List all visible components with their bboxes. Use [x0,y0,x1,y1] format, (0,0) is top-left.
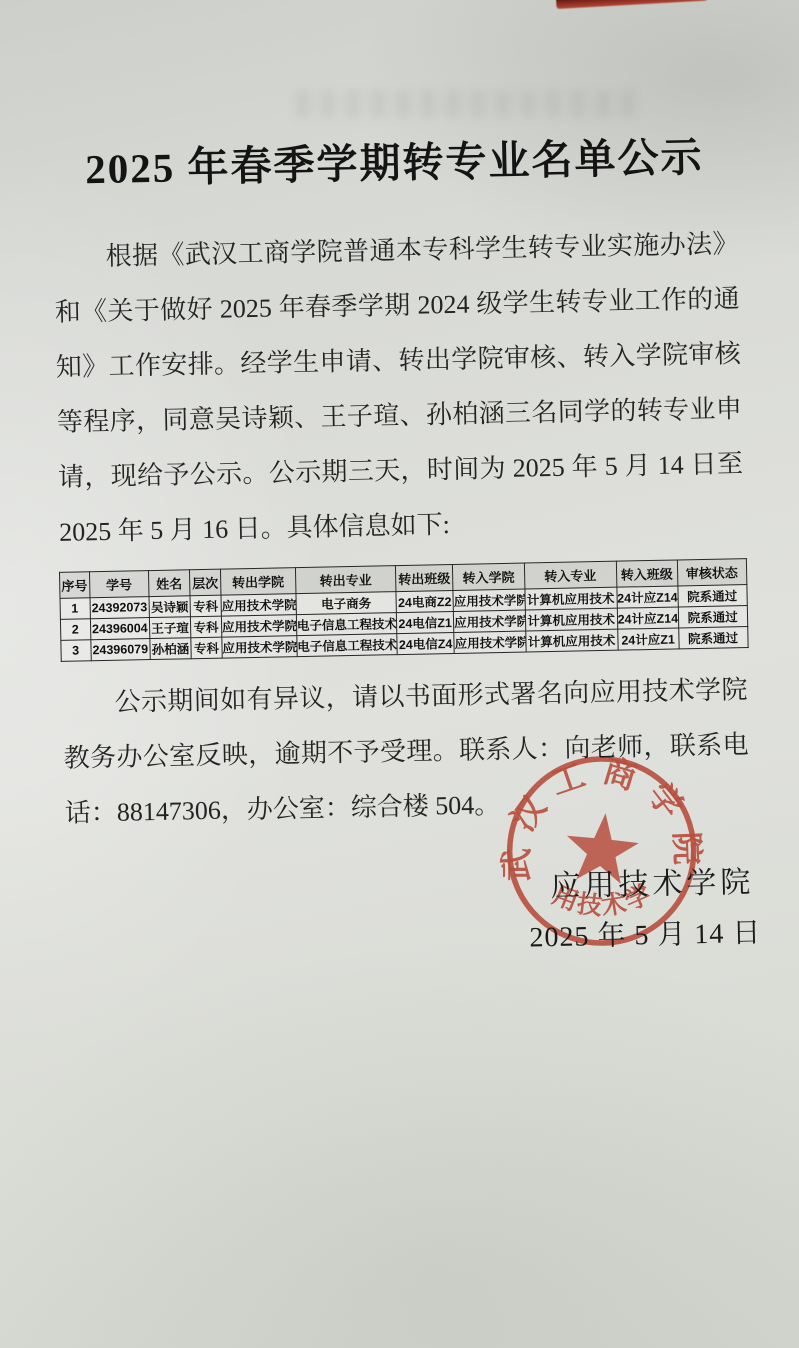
table-cell: 24计应Z14 [617,607,679,629]
table-cell: 王子瑄 [149,617,191,639]
table-cell: 应用技术学院 [453,589,525,611]
table-header-cell: 姓名 [148,570,190,597]
table-cell: 24计应Z1 [617,628,679,650]
table-cell: 孙柏涵 [150,638,192,660]
table-cell: 院系通过 [678,627,747,649]
table-header-cell: 转出班级 [396,564,454,591]
table-cell: 24392073 [90,597,149,619]
table-header-cell: 转入专业 [524,561,617,589]
table-header-cell: 转出专业 [295,566,396,594]
transfer-students-table: 序号学号姓名层次转出学院转出专业转出班级转入学院转入专业转入班级审核状态 124… [58,558,748,662]
document-page: 2025 年春季学期转专业名单公示 根据《武汉工商学院普通本专科学生转专业实施办… [0,0,799,1348]
table-cell: 24电信Z1 [396,611,453,633]
table-cell: 专科 [190,595,221,617]
table-cell: 专科 [191,637,222,659]
table-cell: 24计应Z14 [616,586,678,608]
signature-department: 应用技术学院 [550,857,755,905]
table-cell: 24电商Z2 [396,590,453,612]
signature-date: 2025 年 5 月 14 日 [529,911,762,956]
table-cell: 计算机应用技术 [524,587,616,610]
table-cell: 24电信Z4 [397,632,454,654]
table-cell: 计算机应用技术 [525,629,617,652]
table-cell: 院系通过 [678,585,747,607]
table-body: 124392073吴诗颖专科应用技术学院电子商务24电商Z2应用技术学院计算机应… [60,585,748,662]
table-cell: 应用技术学院 [453,610,525,632]
table-cell: 应用技术学院 [221,615,296,637]
table-header-cell: 转入学院 [453,563,525,590]
body-paragraph-1: 根据《武汉工商学院普通本专科学生转专业实施办法》 和《关于做好 2025 年春季… [53,216,744,560]
table-header-cell: 转入班级 [616,560,678,587]
page-title: 2025 年春季学期转专业名单公示 [49,123,739,196]
table-header-cell: 学号 [89,571,149,598]
table-cell: 应用技术学院 [221,594,296,616]
table-header-cell: 序号 [59,572,90,599]
table-cell: 院系通过 [678,606,747,628]
table-header-cell: 审核状态 [677,559,746,586]
table-cell: 吴诗颖 [149,596,191,618]
table-cell: 应用技术学院 [454,631,526,653]
table-cell: 24396079 [91,639,150,661]
table-cell: 电子信息工程技术 [297,634,398,657]
table-cell: 计算机应用技术 [525,608,617,631]
table-cell: 2 [60,619,91,641]
table-cell: 电子商务 [296,592,397,615]
table-cell: 专科 [190,616,221,638]
table-cell: 3 [60,640,91,662]
table-header-cell: 层次 [189,569,220,596]
table-header-cell: 转出学院 [220,568,295,595]
table-cell: 24396004 [90,618,149,640]
table-cell: 电子信息工程技术 [296,613,397,636]
table-cell: 1 [60,598,91,620]
table-cell: 应用技术学院 [222,636,297,658]
photo-of-document: 2025 年春季学期转专业名单公示 根据《武汉工商学院普通本专科学生转专业实施办… [0,0,799,1348]
